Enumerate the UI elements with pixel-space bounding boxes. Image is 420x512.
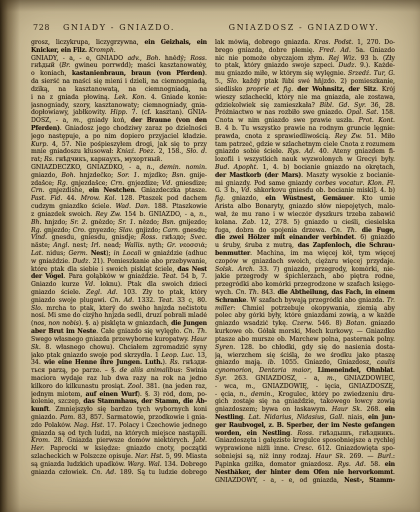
text-line: Swego własnego gniazda przewyborne kurop… xyxy=(31,336,207,344)
text-line: Syr. 263. GNIAZDOSZ, - a, m., GNIAZDOWIE… xyxy=(215,375,395,383)
text-line: miller: Chmiel potrzebuje okopywania, zi… xyxy=(215,305,395,313)
text-line: o koniach, kastanienbraun, braun (von Pf… xyxy=(31,70,207,78)
text-line: lak mówią, dobrego gniazda. Kras. Podst.… xyxy=(215,39,395,47)
text-line: gniazdo mają. ib. 1055. Gniazdo, Gniazdo… xyxy=(215,359,395,367)
text-line: kolenie, szczep, das Stammhaus, der Stam… xyxy=(31,398,207,406)
text-line: 34. wie eine Henne ihre Jungen. Luth.). … xyxy=(31,359,207,367)
text-line: w gniaździe. Dudz. 21). Pomieszkanie abo… xyxy=(31,258,207,266)
text-line: gniazdo. Pam. 83, 857. Sarmatowie, przod… xyxy=(31,414,207,422)
text-line: z gniazdek swoich. Rey Zw. 154 b. GNIAZD… xyxy=(31,211,207,219)
text-line: - ęcia, n., demin., Krogulec, który po z… xyxy=(215,391,395,399)
text-line: które ptak dla siebie i swoich piskląt ś… xyxy=(31,266,207,274)
text-line: czopów w gniazdach swoich, ciężaru więce… xyxy=(215,258,395,266)
text-line: gniazdo, Boh. hnjzdečko; Sor. 1. mjzdko;… xyxy=(31,172,207,180)
text-line: fuga, dobra do spojenia drzewa. Cn. Th. … xyxy=(215,227,395,235)
text-line: ться parzą, po parze. – §. de aliis anim… xyxy=(31,367,207,375)
text-line: G. 3 b., Vd. shkorkovu gniesdu ob. bocia… xyxy=(215,187,395,195)
text-line: Solsk. Arch. 33. 7) gniazdo, przegrody, … xyxy=(215,266,395,274)
text-line: sobniejsi są, niż inny rodzaj. Haur Sk. … xyxy=(215,453,395,461)
text-line: Syren. 128. bo chłodki, gdy się do nasie… xyxy=(215,344,395,352)
text-line: Pferden). Gniadosz jego chodziwy zaraz p… xyxy=(31,125,207,133)
text-line: wał, że mu rano i w wieczór dyszkurs trz… xyxy=(215,211,395,219)
text-line: benmutter. Machina, im ma więcej kół, ty… xyxy=(215,250,395,258)
scanned-dictionary-page: 728 GNIADY - GNIAZDO. GNIAZDOSZ - GNIAZD… xyxy=(0,0,420,512)
text-line: kurkowe ob. Gółak morski, Mech kurkowy. … xyxy=(215,328,395,336)
text-line: Gniazdo kurze Vd. loknu). Ptak dla swoic… xyxy=(31,281,207,289)
text-line: гнѣдый (Br. gwineu porrwdd); maści kaszt… xyxy=(31,62,207,70)
text-line: 5., Slo. každý ptak ľúbí swé hňjzdo. 2) … xyxy=(215,78,395,86)
text-line: worden, ein Nestling. Ross. гнѣздышъ, гн… xyxy=(215,430,395,438)
text-line: gniazda są od tych ludzi, na których mie… xyxy=(31,430,207,438)
text-line: jako ptak gniazdo swoje pod skrzydła. 1 … xyxy=(31,352,207,360)
text-line: jakie przegrody w śpichlerzach, abo pięt… xyxy=(215,273,395,281)
text-line: grosz, liczykrupa, liczygrzywna, ein Gei… xyxy=(31,39,207,47)
text-line: u śruby, śruba z mutrą, das Zapfenloch, … xyxy=(215,242,395,250)
text-line: DOSZ, - a, m., gniady koń, der Braune (v… xyxy=(31,117,207,125)
left-text-column: grosz, liczykrupa, liczygrzywna, ein Gei… xyxy=(31,39,207,477)
text-line: polec aby górki były, które gniazdami zo… xyxy=(215,312,395,320)
text-line: rat; Rs. гнѣдчикъ, карнаухъ, мухортный. xyxy=(31,156,207,164)
text-line: gich zostaje się na gniaździe, takowego … xyxy=(215,398,395,406)
text-line: kilkoro do kilkunastu prosiąt. Zool. 381… xyxy=(31,383,207,391)
text-line: to ptak, który gniazdo swoje szpeci. Dud… xyxy=(215,62,395,70)
text-line: mi gniazdy. Pod same gniazdy corbes voca… xyxy=(215,180,395,188)
text-line: dziką, na kasztanowatą, na ciemnogniadą,… xyxy=(31,86,207,94)
text-line: kunft. Zmniejszyło się bardzo tych wybor… xyxy=(31,406,207,414)
text-line: zdašce; Rg. gnjezdašce; Crn. gnjezdize; … xyxy=(31,180,207,188)
text-line: gniazdo wsadzić tykę. Czerw. 546. 8) Bot… xyxy=(215,320,395,328)
text-line: Nesthäker, der hinter dem Ofen nie hervo… xyxy=(215,469,395,477)
text-line: maciora wydaje raz lub dwa razy na rok n… xyxy=(31,375,207,383)
text-line: GNIAZDECZKO, GNIAZDKO, - a, n., demin. n… xyxy=(31,164,207,172)
text-line: fig. gniazdo, ein Wüstnest, Gemäuer. Kto… xyxy=(215,195,395,203)
text-line: gniazdo sobie ściele. Rys. Ad. 40. Ateny… xyxy=(215,148,395,156)
text-line: die zwei Hölzer mit einander verbindet. … xyxy=(215,234,395,242)
text-line: wych. Cn. Th. 843. die Abtheilung, das F… xyxy=(215,289,395,297)
text-line: Vind. gnesdu, gniesdu, gnisdje; Ross. гн… xyxy=(31,234,207,242)
text-line: cynomorion, Dentaria maior, Limeneindel,… xyxy=(215,367,395,375)
text-line: mnie gniadoszu kłusował: Kniaź. Poez. 2,… xyxy=(31,148,207,156)
text-line: GNIADY, - a, - e, GNIADO adv., Boh. hněd… xyxy=(31,55,207,63)
text-line: gniazda człowiek. Cn. Ad. 189. Są tu lud… xyxy=(31,469,207,477)
text-line: jasnogniady, szory, kasztanowaty; ciemno… xyxy=(31,102,207,110)
text-line: ptasze abo mursze ob. Marchew polna, pas… xyxy=(215,336,395,344)
text-line: Krom. 28. Gniazda pierwsze domów niektór… xyxy=(31,437,207,445)
text-line: Bh. hnjzdo; Sr. 2. gnězdo; Sr. 1. nězdo;… xyxy=(31,219,207,227)
text-line: Nestling. Lat. Nidarius, Nidasius, Gall.… xyxy=(215,414,395,422)
text-line: dopłowiawy, jabłkowity. Hipp. 7. (cf. ka… xyxy=(31,109,207,117)
text-line: cudzym gniazdko ściele. Wad. Dan. 188. P… xyxy=(31,203,207,211)
text-line: Cnota w nim gniazdo swe prawie uszła. Pr… xyxy=(215,117,395,125)
text-line: Kurp. 4, 57. Nie pośpieszyłem drogi, jak… xyxy=(31,141,207,149)
book-gutter-shadow xyxy=(0,0,20,512)
text-line: jednym miotem, auf einen Wurf). §. 3) ró… xyxy=(31,391,207,399)
text-line: są gniazda ludzkich upadków. Warg. Wal. … xyxy=(31,461,207,469)
text-line: GNIAZDOWY, - a, - e, od gniazda, Nest-, … xyxy=(215,477,395,485)
text-line: nosí. Mi sme do cizýho hnjzda sedli, dru… xyxy=(31,312,207,320)
running-head-right: GNIAZDOSZ - GNIAZDOWY. xyxy=(212,23,396,32)
text-line: aber Brut im Neste. Całe gniazdo się wyl… xyxy=(31,328,207,336)
text-line: i na z gniada płowiną. Lek. Kon. 4. Gnia… xyxy=(31,94,207,102)
text-line: jego następuje, a po nim dopiero przyjac… xyxy=(31,133,207,141)
text-line: gdziekolwiek się zamieszkała? Bibl. Gd. … xyxy=(215,102,395,110)
text-line: Próżniactwo w nas rozbiło swe gniazdo. O… xyxy=(215,109,395,117)
text-line: Slo. mrcha to ptak, který do swého hnjzd… xyxy=(31,305,207,313)
text-line: lozofii i wszystkich nauk wyzwolonych w … xyxy=(215,156,395,164)
text-line: Rg. gnjezdo; Cro. gnyezdo; Slav. gnjizdo… xyxy=(31,227,207,235)
text-line: (nos, non nobis). §. a) pisklęta w gniaz… xyxy=(31,320,207,328)
text-line: der Mastkorb (der Mars). Maszty wysokie … xyxy=(215,172,395,180)
text-line: Her. Paprocki w księdze: gniazdo cnoty, … xyxy=(31,445,207,453)
text-line: tam patrzeć, gdzie w szlachetnym ciele C… xyxy=(215,141,395,149)
text-line: gniazdo swoje plugawi. Cn. Ad. 1332. Tea… xyxy=(31,297,207,305)
text-line: zdo Polaków. Nag. Hst. 17. Polacy i Czec… xyxy=(31,422,207,430)
text-line: Lat. nidus; Germ. Nest); in Locali w gni… xyxy=(31,250,207,258)
running-head-left: GNIADY - GNIAZDO. xyxy=(30,23,208,32)
text-line: brego gniazda, dobre plemię. Fred. Ad. 5… xyxy=(215,47,395,55)
text-line: szlacheckich w Polszcze opisuje. Nar. Hs… xyxy=(31,453,207,461)
text-line: Knicker, ein Filz. Kromph. xyxy=(31,47,207,55)
text-line: wieszy szlachecki, który nie ma gniazda,… xyxy=(215,94,395,102)
text-line: Bud. Apopht. 1, 4. b) bocianie gniazdo n… xyxy=(215,164,395,172)
text-line: Arista albo Bonaryty, gniazdo słów niepo… xyxy=(215,203,395,211)
text-line: Crn. gnjezdishe, ein Nestchen. Gniazdecz… xyxy=(31,187,207,195)
text-line: - wca, m., GNIAZDOWIĘ, - ięcia, GNIAZDOS… xyxy=(215,383,395,391)
text-line: wyprawione niźli inne. Cresc. 612. Gniaz… xyxy=(215,445,395,453)
text-line: Schranke. W szafach bywają przegródki ab… xyxy=(215,297,395,305)
text-line: mu gniazdo miłe, w którym się wylęgnie. … xyxy=(215,70,395,78)
top-edge-shadow xyxy=(0,0,420,12)
text-line: ger Raubvogel, z. B. Sperber, der im Nes… xyxy=(215,422,395,430)
text-line: Past. Fid. 44. Mrow. Kol. 128. Ptaszek p… xyxy=(31,195,207,203)
text-line: siedlisko proprie et fig. der Wohnsitz, … xyxy=(215,86,395,94)
text-line: Gniazdoszęta i gałęziste krogulce sposob… xyxy=(215,437,395,445)
text-line: Pąpinka gziłka, domator gniazdosz. Rys. … xyxy=(215,461,395,469)
text-line: kolana. Żab. 12, 278. 5) gniazdo u cieśl… xyxy=(215,219,395,227)
text-line: prawda, cnota z sprawiedliwością. Rey Zw… xyxy=(215,133,395,141)
text-line: B. 4 b. Tu wszystko prawie na rodnym gru… xyxy=(215,125,395,133)
text-line: Sk. 8. własnego chowu). Chciałem zgromad… xyxy=(31,344,207,352)
text-line: gniazdo ściele. Zegl. Ad. 103. Zły to pt… xyxy=(31,289,207,297)
text-line: ją, wierzchem się ściślą, że we środku j… xyxy=(215,352,395,360)
text-line: gniazdoszem; bywa on łaskawym. Haur Sk. … xyxy=(215,406,395,414)
text-line: näste; Angl. nest; Irl. nead; Wallis. ny… xyxy=(31,242,207,250)
text-line: da sierść na maści się mieni i dzieli, n… xyxy=(31,78,207,86)
text-line: przegródki abo komórki przegrodzone w sz… xyxy=(215,281,395,289)
text-line: nic nie pomoże obyczajom złym. Rej Wiz. … xyxy=(215,55,395,63)
right-text-column: lak mówią, dobrego gniazda. Kras. Podst.… xyxy=(215,39,395,484)
text-line: der Vögel. Para gołąbków w gniaździe. Te… xyxy=(31,273,207,281)
